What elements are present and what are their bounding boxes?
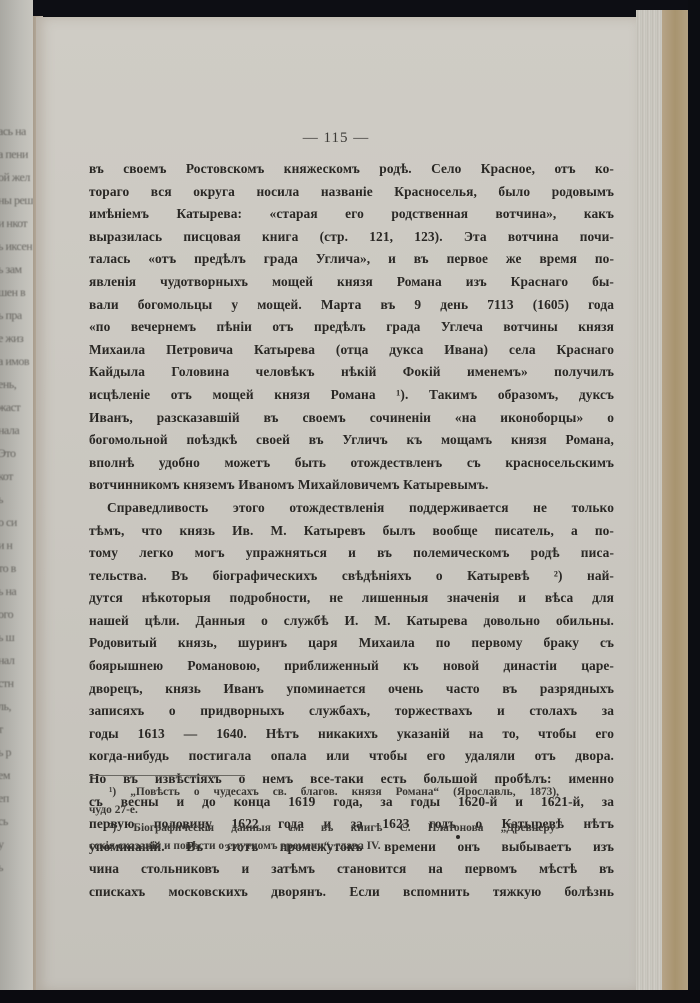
- text-line: тѣмъ, что князь Ив. М. Катыревъ былъ воо…: [89, 520, 614, 543]
- text-line: исцѣленіе отъ мощей князя Романа ¹). Так…: [89, 384, 614, 407]
- text-line: вали богомольцы у мощей. Марта въ 9 день…: [89, 294, 614, 317]
- background-top: [0, 0, 700, 16]
- footnotes: ¹) „Повѣсть о чудесахъ св. благов. князя…: [89, 783, 559, 855]
- text-line: годы 1613 — 1640. Нѣтъ никакихъ указаній…: [89, 723, 614, 746]
- page-number: — 115 —: [36, 130, 636, 147]
- left-page-partial-text: ась на а пени ой жел ны реш и нкот ь икс…: [0, 120, 33, 879]
- footnote-2-continued: сскія сказанія и повѣсти о смутномъ врем…: [89, 837, 559, 855]
- book-cover-edge: [662, 10, 688, 996]
- text-line: «по вечернемъ пѣніи отъ предѣлъ града Уг…: [89, 316, 614, 339]
- text-line: вотчинникомъ княземъ Иваномъ Михайловиче…: [89, 474, 614, 497]
- text-line: богомольной поѣздкѣ своей въ Угличъ къ м…: [89, 429, 614, 452]
- footnote-1-continued: чудо 27-е.: [89, 801, 559, 819]
- footnote-1: ¹) „Повѣсть о чудесахъ св. благов. князя…: [89, 783, 559, 801]
- text-line: выразилась писцовая книга (стр. 121, 123…: [89, 226, 614, 249]
- text-line: явленія чудотворныхъ мощей князя Романа …: [89, 271, 614, 294]
- footnote-divider: [89, 775, 245, 776]
- ink-speck: [456, 835, 460, 839]
- text-line: боярышнею Романовою, приближенный къ нов…: [89, 655, 614, 678]
- text-line: въ своемъ Ростовскомъ княжескомъ родѣ. С…: [89, 158, 614, 181]
- text-line: дворецъ, князь Иванъ упоминается очень ч…: [89, 678, 614, 701]
- paragraph-start-line: Справедливость этого отождествленія подд…: [89, 497, 614, 520]
- book-page: — 115 — въ своемъ Ростовскомъ княжескомъ…: [36, 17, 636, 991]
- text-line: Родовитый князь, шуринъ царя Михаила по …: [89, 632, 614, 655]
- text-line: спискахъ московскихъ дворянъ. Если вспом…: [89, 881, 614, 904]
- text-line: записяхъ о придворныхъ службахъ, торжест…: [89, 700, 614, 723]
- page-block-edges: [636, 10, 662, 990]
- text-line: имѣніемъ Катырева: «старая его родственн…: [89, 203, 614, 226]
- text-line: Михаила Петровича Катырева (отца дукса И…: [89, 339, 614, 362]
- text-line: вполнѣ удобно можетъ быть отождествленъ …: [89, 452, 614, 475]
- text-line: тому легко могъ упражняться и въ полемич…: [89, 542, 614, 565]
- text-line: дутся нѣкоторыя подробности, не лишенныя…: [89, 587, 614, 610]
- text-line: чина стольниковъ и затѣмъ становится на …: [89, 858, 614, 881]
- text-line: талась «отъ предѣлъ града Углича», и въ …: [89, 248, 614, 271]
- text-line: Кайдыла Головина человѣкъ нѣкій Фокій им…: [89, 361, 614, 384]
- text-line: тельства. Въ біографическихъ свѣдѣніяхъ …: [89, 565, 614, 588]
- text-line: нашей цѣли. Данныя о службѣ И. М. Катыре…: [89, 610, 614, 633]
- footnote-2: ²) Біографическія данныя см. въ книгѣ С.…: [89, 819, 559, 837]
- text-line: Иванъ, разсказавшій въ своемъ сочиненіи …: [89, 407, 614, 430]
- text-line: когда-нибудь постигала опала или чтобы е…: [89, 745, 614, 768]
- text-line: тораго вся округа носила названіе Красно…: [89, 181, 614, 204]
- background-right: [688, 0, 700, 1003]
- background-bottom: [0, 990, 700, 1003]
- left-page-edge: ась на а пени ой жел ны реш и нкот ь икс…: [0, 0, 33, 990]
